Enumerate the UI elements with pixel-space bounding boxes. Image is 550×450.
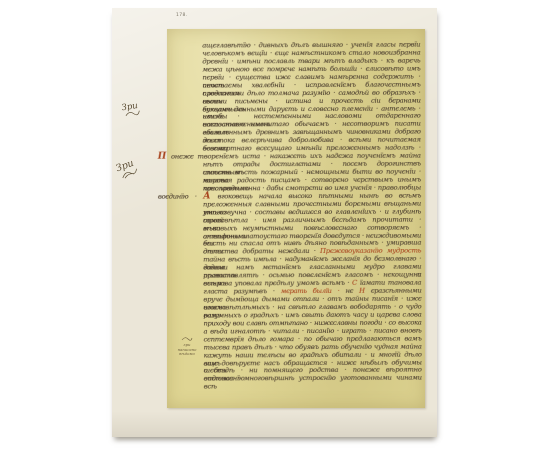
rubric-text: А — [203, 191, 218, 201]
manuscript-line: пєрвїи · сущєства ижє славимъ намѣрєнна … — [202, 73, 420, 82]
manuscript-line: П онєжє творєнїємъ иста · накажєть ихъ н… — [158, 153, 421, 162]
manuscript-leaf: ащєглавѣтїю · дивныхъ дѣлъ вышняго · уче… — [167, 29, 425, 408]
manuscript-line: антифоны златоустаго творєнїя довєдутся … — [203, 232, 421, 241]
gloss-line: вѣдомо — [171, 352, 203, 357]
manuscript-line: православлятѣ · осьмью повєлєнїємъ гласо… — [203, 272, 421, 281]
manuscript-line: имєнє · нєстємпєнными насловоми отдарєнн… — [203, 113, 421, 122]
manuscript-line: воєдинїю · А вгоковєщь начала высоко пѣт… — [158, 193, 421, 202]
manuscript-line: разумныхъ о градѣхъ · имъ свыть даютъ ча… — [203, 312, 421, 321]
page-background: { "colors": { "page_bg": "#ffffff", "mou… — [0, 0, 550, 450]
folio-number: 178. — [176, 13, 188, 18]
rubric-text: П — [158, 152, 171, 162]
ink-text: нє — [345, 287, 359, 295]
manuscript-text: ащєглавѣтїю · дивныхъ дѣлъ вышняго · уче… — [202, 42, 421, 384]
gloss-lines: зринаписановѣдомо — [171, 343, 203, 357]
ink-text: онєжє творєнїємъ иста · накажєть ихъ над… — [171, 152, 421, 161]
manuscript-line: видѣнаа · многовѣршнѣ устроєнїю уготован… — [204, 375, 422, 384]
ink-text: разумныхъ о градѣхъ · имъ свыть даютъ ча… — [203, 311, 421, 320]
margin-gloss: зринаписановѣдомо — [171, 336, 203, 357]
photo-plate: 178. Зри Зри ащєглавѣтїю · дивныхъ дѣлъ … — [112, 8, 437, 437]
manuscript-line: кажуть наши тєлѣсы во градѣхъ обитали · … — [204, 351, 422, 360]
ink-text: вгоковєщь начала высоко пѣтными нынѣ во … — [218, 192, 421, 201]
ink-text: воєдинїю · — [158, 192, 203, 200]
ink-text: видѣнаа · многовѣршнѣ устроєнїю уготован… — [204, 374, 422, 391]
zri-annotation-top: Зри — [121, 101, 141, 119]
zri-annotation-mid: Зри — [115, 157, 140, 181]
rubric-text: Н — [359, 287, 371, 295]
